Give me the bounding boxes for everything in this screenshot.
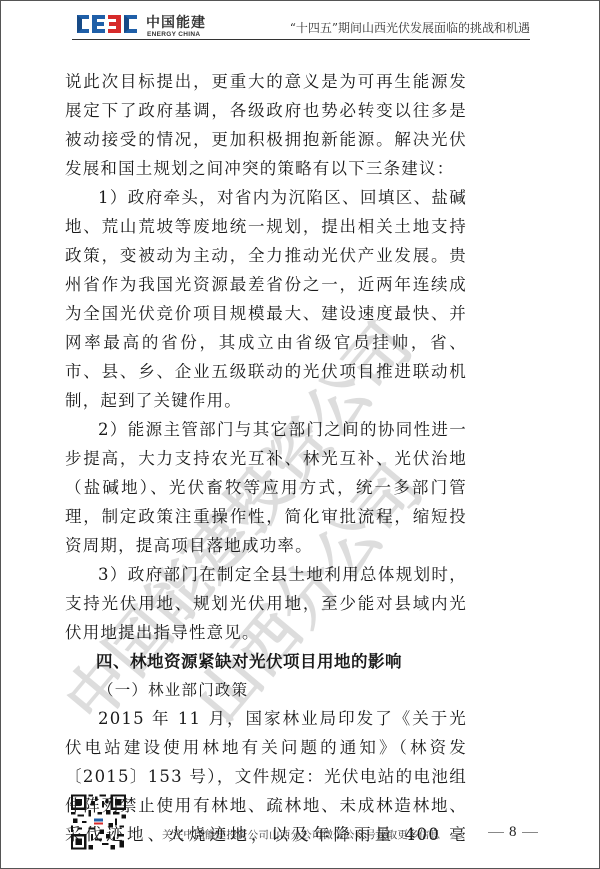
document-title: “十四五”期间山西光伏发展面临的挑战和机遇 <box>290 19 530 36</box>
subsection-heading: （一）林业部门政策 <box>65 677 467 704</box>
logo-text-en: ENERGY CHINA <box>147 31 200 38</box>
paragraph-forestry-policy: 2015 年 11 月，国家林业局印发了《关于光伏电站建设使用林地有关问题的通知… <box>65 704 467 849</box>
page-header: 中国能建 ENERGY CHINA “十四五”期间山西光伏发展面临的挑战和机遇 <box>72 9 530 40</box>
dash-left <box>488 832 504 834</box>
section-heading: 四、林地资源紧缺对光伏项目用地的影响 <box>65 647 467 677</box>
logo-text-cn: 中国能建 <box>146 12 206 32</box>
paragraph-suggestion-2: 2）能源主管部门与其它部门之间的协同性进一步提高，大力支持农光互补、林光互补、光… <box>65 415 467 560</box>
page-number-value: 8 <box>509 824 517 840</box>
paragraph-suggestion-3: 3）政府部门在制定全县土地利用总体规划时，支持光伏用地、规划光伏用地，至少能对县… <box>65 560 467 647</box>
page-number: 8 <box>483 824 543 841</box>
document-body: 说此次目标提出，更重大的意义是为可再生能源发展定下了政府基调，各级政府也势必转变… <box>65 67 467 849</box>
dash-right <box>522 832 538 834</box>
document-page: 中国能建投资公司 山西分公司 中国能建 ENERGY CHINA “十四五”期间… <box>0 0 600 869</box>
paragraph-suggestion-1: 1）政府牵头，对省内为沉陷区、回填区、盐碱地、荒山荒坡等废地统一规划，提出相关土… <box>65 183 467 415</box>
ceec-logo-icon <box>75 13 139 35</box>
paragraph-intro: 说此次目标提出，更重大的意义是为可再生能源发展定下了政府基调，各级政府也势必转变… <box>65 67 467 183</box>
